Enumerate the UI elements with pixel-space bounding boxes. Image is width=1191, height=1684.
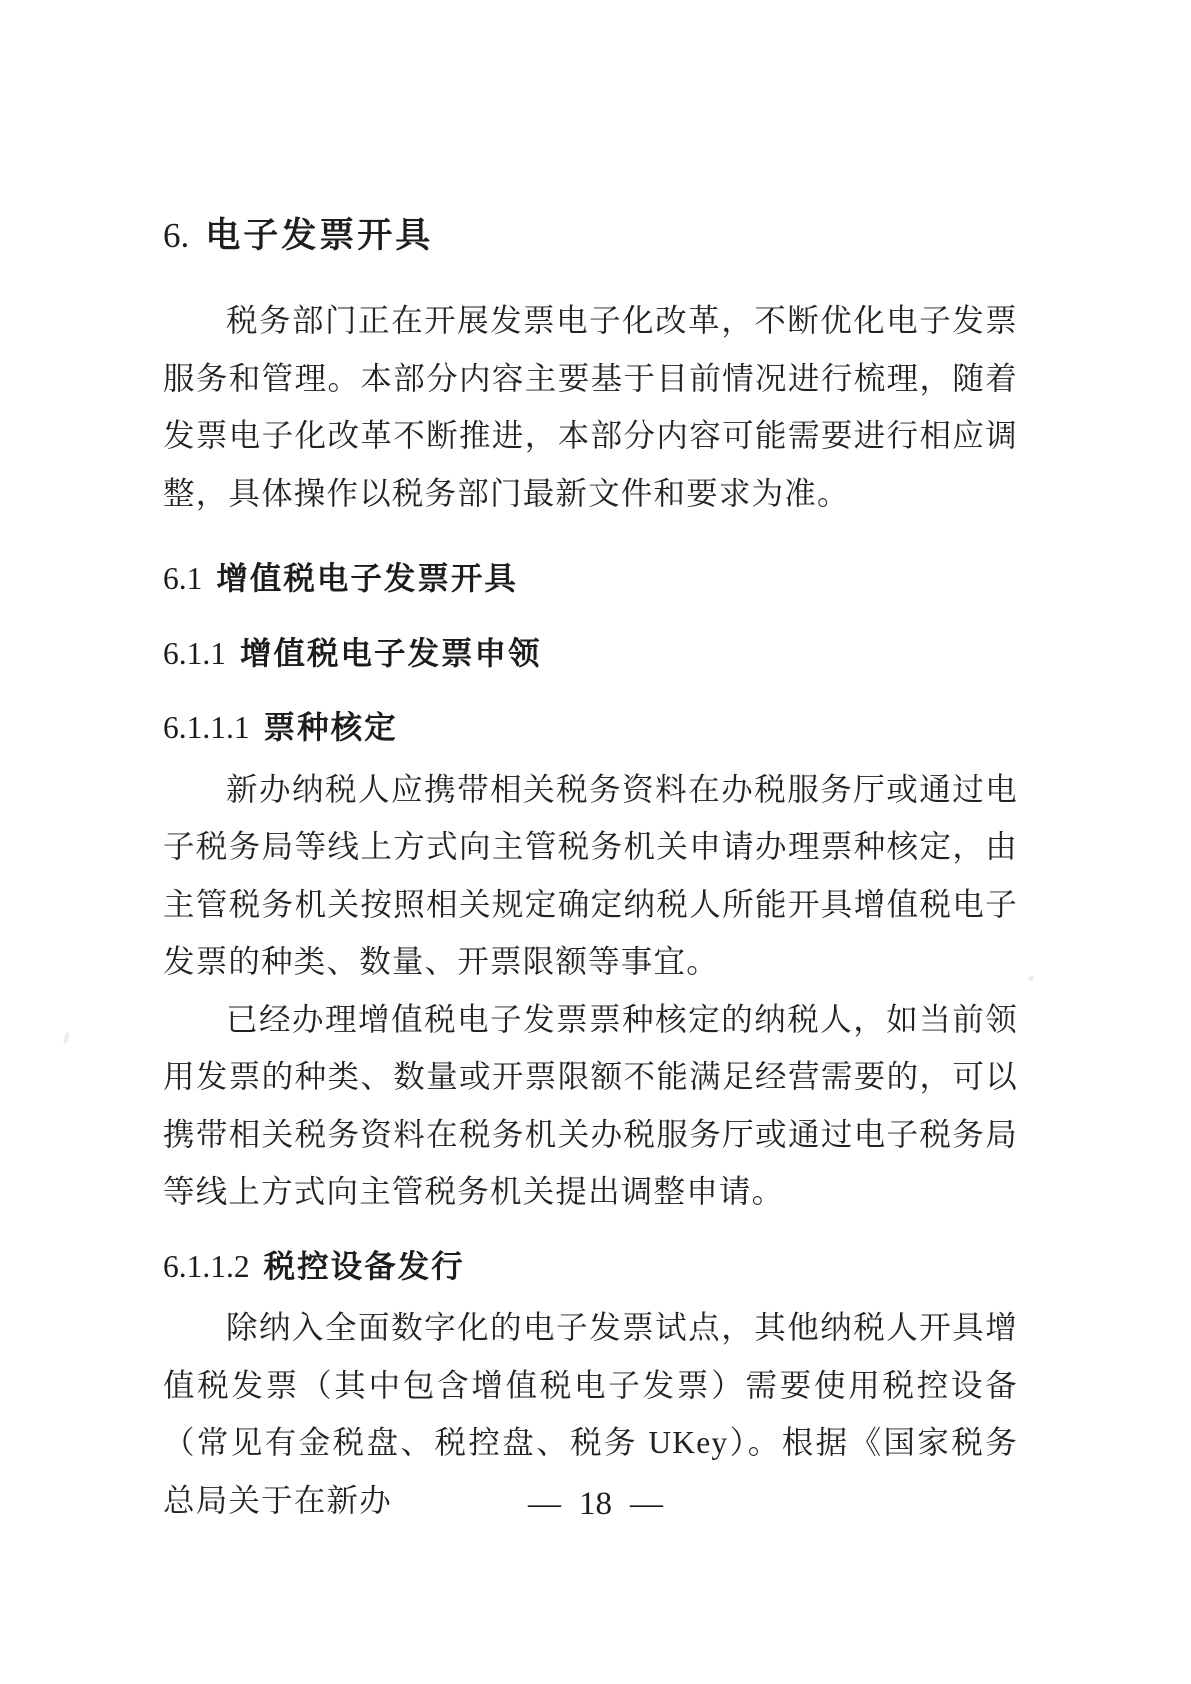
section-6-1-1-number: 6.1.1 <box>163 636 226 671</box>
chapter-number: 6. <box>163 216 189 255</box>
section-6-1-1-1-number: 6.1.1.1 <box>163 710 250 745</box>
chapter-heading: 6.电子发票开具 <box>163 212 1018 260</box>
section-6-1-number: 6.1 <box>163 561 202 596</box>
scan-artifact <box>1028 976 1034 981</box>
footer-left-dash: — <box>528 1486 561 1522</box>
document-content: 6.电子发票开具 税务部门正在开展发票电子化改革，不断优化电子发票服务和管理。本… <box>163 212 1018 1529</box>
paragraph-ticket-approval-2: 已经办理增值税电子发票票种核定的纳税人，如当前领用发票的种类、数量或开票限额不能… <box>163 991 1018 1221</box>
section-6-1-1-title: 增值税电子发票申领 <box>240 636 542 671</box>
page-footer: — 18 — <box>0 1486 1191 1522</box>
intro-paragraph: 税务部门正在开展发票电子化改革，不断优化电子发票服务和管理。本部分内容主要基于目… <box>163 292 1018 522</box>
chapter-title: 电子发票开具 <box>205 216 433 255</box>
paragraph-ticket-approval-1: 新办纳税人应携带相关税务资料在办税服务厅或通过电子税务局等线上方式向主管税务机关… <box>163 761 1018 991</box>
page-number: 18 <box>579 1486 612 1522</box>
section-6-1-1-1-title: 票种核定 <box>264 710 398 745</box>
section-6-1-title: 增值税电子发票开具 <box>216 561 518 596</box>
footer-right-dash: — <box>630 1486 663 1522</box>
scan-artifact <box>62 1032 70 1045</box>
section-heading-6-1-1-2: 6.1.1.2税控设备发行 <box>163 1238 1018 1296</box>
section-heading-6-1-1-1: 6.1.1.1票种核定 <box>163 699 1018 757</box>
section-heading-6-1: 6.1增值税电子发票开具 <box>163 550 1018 608</box>
section-6-1-1-2-number: 6.1.1.2 <box>163 1249 250 1284</box>
section-heading-6-1-1: 6.1.1增值税电子发票申领 <box>163 625 1018 683</box>
section-6-1-1-2-title: 税控设备发行 <box>264 1249 465 1284</box>
document-page: 6.电子发票开具 税务部门正在开展发票电子化改革，不断优化电子发票服务和管理。本… <box>0 0 1191 1684</box>
